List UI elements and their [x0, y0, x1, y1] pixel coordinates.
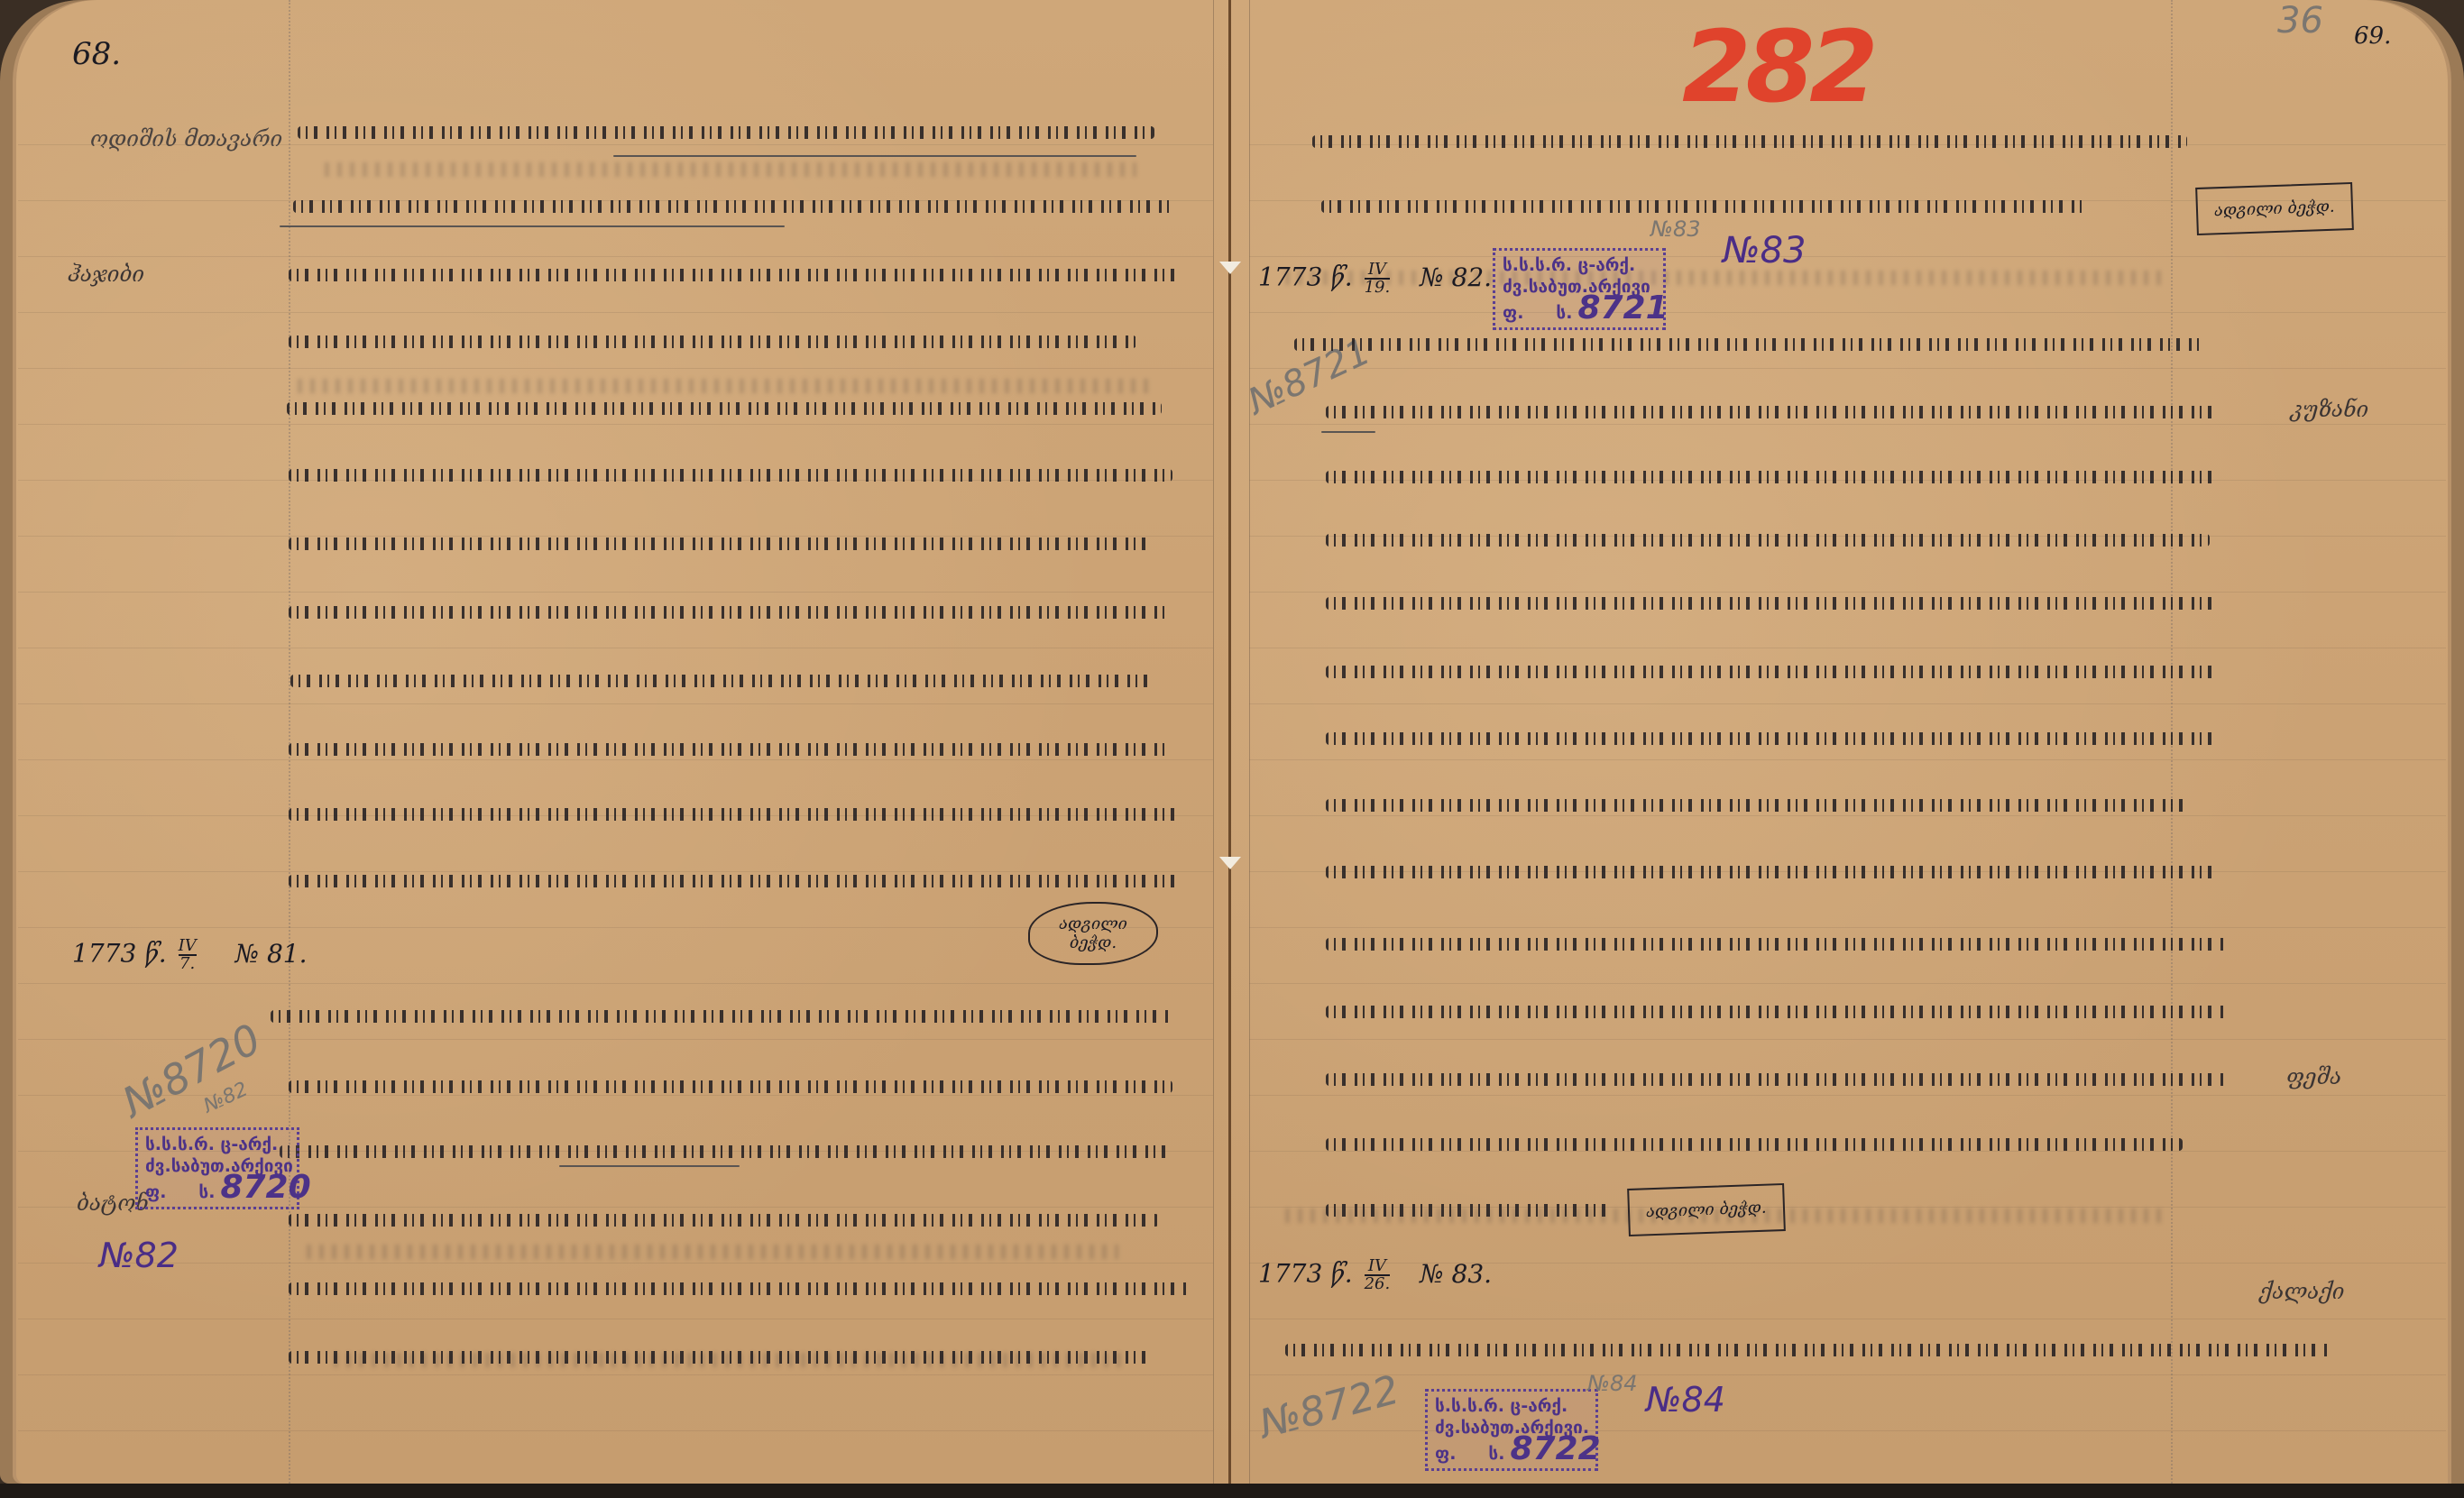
seal-placeholder-box: ადგილი ბეჭდ. [1627, 1183, 1785, 1236]
handwritten-line [1294, 338, 2205, 351]
scan-edge-shadow [0, 1484, 2464, 1498]
handwritten-line [293, 200, 1172, 213]
left-margin-line [289, 0, 290, 1484]
seal-placeholder-oval: ადგილი ბეჭდ. [1028, 902, 1158, 965]
underline-mark [559, 1165, 740, 1167]
seal-placeholder-box: ადგილი ბეჭდ. [2195, 182, 2353, 235]
handwritten-line [1326, 534, 2210, 547]
handwritten-line [289, 743, 1168, 756]
handwritten-line [1326, 1006, 2228, 1018]
handwritten-line [1326, 799, 2192, 812]
handwritten-line [1326, 938, 2228, 951]
entry-date-fraction: IV 26. [1365, 1258, 1391, 1292]
handwritten-line [1326, 666, 2219, 678]
handwritten-line [280, 1145, 1172, 1158]
handwritten-line [1326, 732, 2219, 745]
pencil-archive-number: №8720 [115, 1014, 269, 1126]
handwritten-line [1326, 406, 2219, 418]
handwritten-line [1326, 597, 2214, 610]
handwritten-line [298, 126, 1154, 139]
handwritten-line [1321, 200, 2088, 213]
margin-note: კუზანი [2291, 397, 2368, 422]
handwritten-line [1326, 1138, 2183, 1151]
archive-stamp: ს.ს.ს.რ. ც-არქ. ძვ.საბუთ.არქივი ფ.ს.8720 [135, 1127, 299, 1209]
purple-entry-number: №82 [99, 1236, 179, 1275]
underline-mark [613, 155, 1136, 157]
archive-stamp: ს.ს.ს.რ. ც-არქ. ძვ.საბუთ.არქივი ფ.ს.8721 [1493, 248, 1666, 330]
margin-note: ჰაჯიბი [68, 262, 144, 287]
pencil-page-number: 36 [2277, 0, 2323, 41]
handwritten-line [289, 1214, 1159, 1227]
underline-mark [280, 225, 785, 227]
handwritten-line [289, 808, 1181, 821]
handwritten-line [289, 606, 1168, 619]
handwritten-line [1326, 1204, 1614, 1217]
entry-number: № 81. [235, 939, 308, 969]
page-number-left: 68. [72, 36, 121, 72]
entry-number: № 83. [1420, 1259, 1492, 1289]
entry-year: 1773 წ. [72, 939, 167, 969]
left-page: 68. ოდიშის მთავარი ჰაჯიბი ბატონ ადგილი ბ… [0, 0, 1231, 1484]
entry-date: 1773 წ. IV 26. № 83. [1258, 1258, 1492, 1292]
handwritten-line [1326, 471, 2219, 483]
red-folio-number: 282 [1682, 9, 1873, 124]
handwritten-line [289, 875, 1181, 887]
pencil-entry-number: №83 [1650, 216, 1701, 242]
right-page-edge-line [1249, 0, 1250, 1484]
entry-date: 1773 წ. IV 7. № 81. [72, 938, 308, 972]
book-spine [1228, 0, 1231, 1488]
handwritten-line [289, 1080, 1172, 1093]
entry-date-fraction: IV 7. [179, 938, 197, 972]
handwritten-line [289, 335, 1136, 348]
entry-number: № 82. [1420, 262, 1492, 292]
handwritten-line [289, 269, 1181, 281]
purple-entry-number: №83 [1723, 230, 1807, 271]
handwritten-line [290, 675, 1152, 687]
handwritten-line [1326, 866, 2219, 878]
purple-entry-number: №84 [1646, 1380, 1725, 1420]
handwritten-line [1285, 1344, 2331, 1356]
handwritten-line [287, 402, 1162, 415]
margin-note: ფეშა [2286, 1064, 2341, 1089]
left-page-edge-line [1213, 0, 1214, 1484]
handwritten-line [1326, 1073, 2228, 1086]
handwritten-line [289, 538, 1154, 550]
handwritten-line [289, 1351, 1154, 1364]
entry-year: 1773 წ. [1258, 262, 1353, 292]
handwritten-line [289, 469, 1172, 482]
handwritten-line [289, 1282, 1191, 1295]
entry-date-fraction: IV 19. [1365, 262, 1391, 296]
underline-mark [1321, 431, 1375, 433]
margin-note: ქალაქი [2259, 1279, 2344, 1304]
pencil-archive-number: №8722 [1255, 1366, 1404, 1447]
entry-date: 1773 წ. IV 19. № 82. [1258, 262, 1492, 296]
archive-stamp: ს.ს.ს.რ. ც-არქ. ძვ.საბუთ.არქივი. ფ.ს.872… [1425, 1389, 1598, 1471]
notebook-spread: 68. ოდიშის მთავარი ჰაჯიბი ბატონ ადგილი ბ… [0, 0, 2464, 1498]
page-number-right: 69. [2354, 23, 2391, 50]
handwritten-line [1312, 135, 2187, 148]
right-page: 36 69. 282 ადგილი ბეჭდ. №83 №83 1773 წ. … [1231, 0, 2464, 1484]
pencil-entry-number: №84 [1587, 1371, 1638, 1396]
margin-note: ოდიშის მთავარი [90, 126, 282, 152]
entry-year: 1773 წ. [1258, 1259, 1353, 1289]
handwritten-line [271, 1010, 1172, 1023]
